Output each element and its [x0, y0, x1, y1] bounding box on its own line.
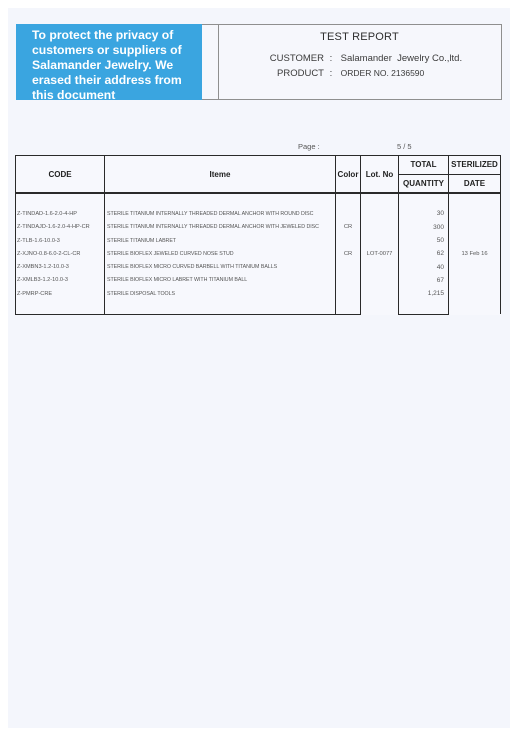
table-row: Z-TLB-1.6-10.0-3STERILE TITANIUM LABRET5…: [16, 234, 501, 247]
header-item: Iteme: [105, 156, 336, 194]
item-cell: STERILE DISPOSAL TOOLS: [105, 287, 336, 300]
code-cell: Z-XMLB3-1.2-10.0-3: [16, 274, 105, 287]
color-cell: [336, 207, 361, 220]
color-cell: [336, 234, 361, 247]
table-row: Z-XMBN3-1.2-10.0-3STERILE BIOFLEX MICRO …: [16, 260, 501, 273]
code-cell: Z-XMBN3-1.2-10.0-3: [16, 260, 105, 273]
header-sterilized-bottom: DATE: [449, 175, 500, 193]
document-page: [8, 8, 510, 728]
code-cell: Z-XJNO-0.8-6.0-2-CL-CR: [16, 247, 105, 260]
report-title: TEST REPORT: [219, 31, 500, 43]
item-cell: STERILE TITANIUM INTERNALLY THREADED DER…: [105, 207, 336, 220]
sterilized-date-cell: 13 Feb 16: [449, 193, 501, 314]
table-row: Z-XJNO-0.8-6.0-2-CL-CRSTERILE BIOFLEX JE…: [16, 247, 501, 260]
color-cell: [336, 274, 361, 287]
item-cell: STERILE BIOFLEX JEWELED CURVED NOSE STUD: [105, 247, 336, 260]
table-header-row: CODE Iteme Color Lot. No TOTAL QUANTITY …: [16, 156, 501, 194]
header-code: CODE: [16, 156, 105, 194]
item-cell: STERILE BIOFLEX MICRO LABRET WITH TITANI…: [105, 274, 336, 287]
page-label: Page :: [298, 142, 320, 151]
customer-row: CUSTOMER: Salamander Jewelry Co.,ltd.: [262, 53, 462, 64]
table-spacer-row: LOT-0077 13 Feb 16: [16, 193, 501, 207]
quantity-cell: 30: [399, 207, 449, 220]
items-table: CODE Iteme Color Lot. No TOTAL QUANTITY …: [15, 155, 501, 315]
code-cell: Z-TLB-1.6-10.0-3: [16, 234, 105, 247]
item-cell: STERILE TITANIUM LABRET: [105, 234, 336, 247]
quantity-cell: 50: [399, 234, 449, 247]
item-cell: STERILE BIOFLEX MICRO CURVED BARBELL WIT…: [105, 260, 336, 273]
customer-label: CUSTOMER: [262, 53, 324, 64]
item-cell: STERILE TITANIUM INTERNALLY THREADED DER…: [105, 221, 336, 234]
header-total-top: TOTAL: [399, 156, 448, 175]
code-cell: Z-PMRP-CRE: [16, 287, 105, 300]
product-colon: :: [324, 68, 338, 79]
header-total-quantity: TOTAL QUANTITY: [399, 156, 449, 194]
table-spacer-row: [16, 300, 501, 314]
quantity-cell: 62: [399, 247, 449, 260]
color-cell: CR: [336, 247, 361, 260]
code-cell: Z-TINDAJD-1.6-2.0-4-HP-CR: [16, 221, 105, 234]
quantity-cell: 1,215: [399, 287, 449, 300]
quantity-cell: 40: [399, 260, 449, 273]
product-value: ORDER NO. 2136590: [341, 68, 425, 78]
header-lot-no: Lot. No: [361, 156, 399, 194]
color-cell: [336, 260, 361, 273]
color-cell: [336, 287, 361, 300]
header-sterilized-top: STERILIZED: [449, 156, 500, 175]
table-row: Z-TINDAD-1.6-2.0-4-HPSTERILE TITANIUM IN…: [16, 207, 501, 220]
table-row: Z-PMRP-CRESTERILE DISPOSAL TOOLS1,215: [16, 287, 501, 300]
privacy-notice-overlay: To protect the privacy of customers or s…: [16, 24, 202, 100]
code-cell: Z-TINDAD-1.6-2.0-4-HP: [16, 207, 105, 220]
product-label: PRODUCT: [262, 68, 324, 79]
quantity-cell: 300: [399, 221, 449, 234]
table-row: Z-XMLB3-1.2-10.0-3STERILE BIOFLEX MICRO …: [16, 274, 501, 287]
page-number: 5 / 5: [397, 142, 412, 151]
header-color: Color: [336, 156, 361, 194]
quantity-cell: 67: [399, 274, 449, 287]
header-total-bottom: QUANTITY: [399, 175, 448, 193]
header-sterilized-date: STERILIZED DATE: [449, 156, 501, 194]
table-row: Z-TINDAJD-1.6-2.0-4-HP-CRSTERILE TITANIU…: [16, 221, 501, 234]
customer-value: Salamander Jewelry Co.,ltd.: [341, 53, 462, 64]
customer-colon: :: [324, 53, 338, 64]
product-row: PRODUCT: ORDER NO. 2136590: [262, 68, 424, 79]
lot-number-cell: LOT-0077: [361, 193, 399, 314]
color-cell: CR: [336, 221, 361, 234]
